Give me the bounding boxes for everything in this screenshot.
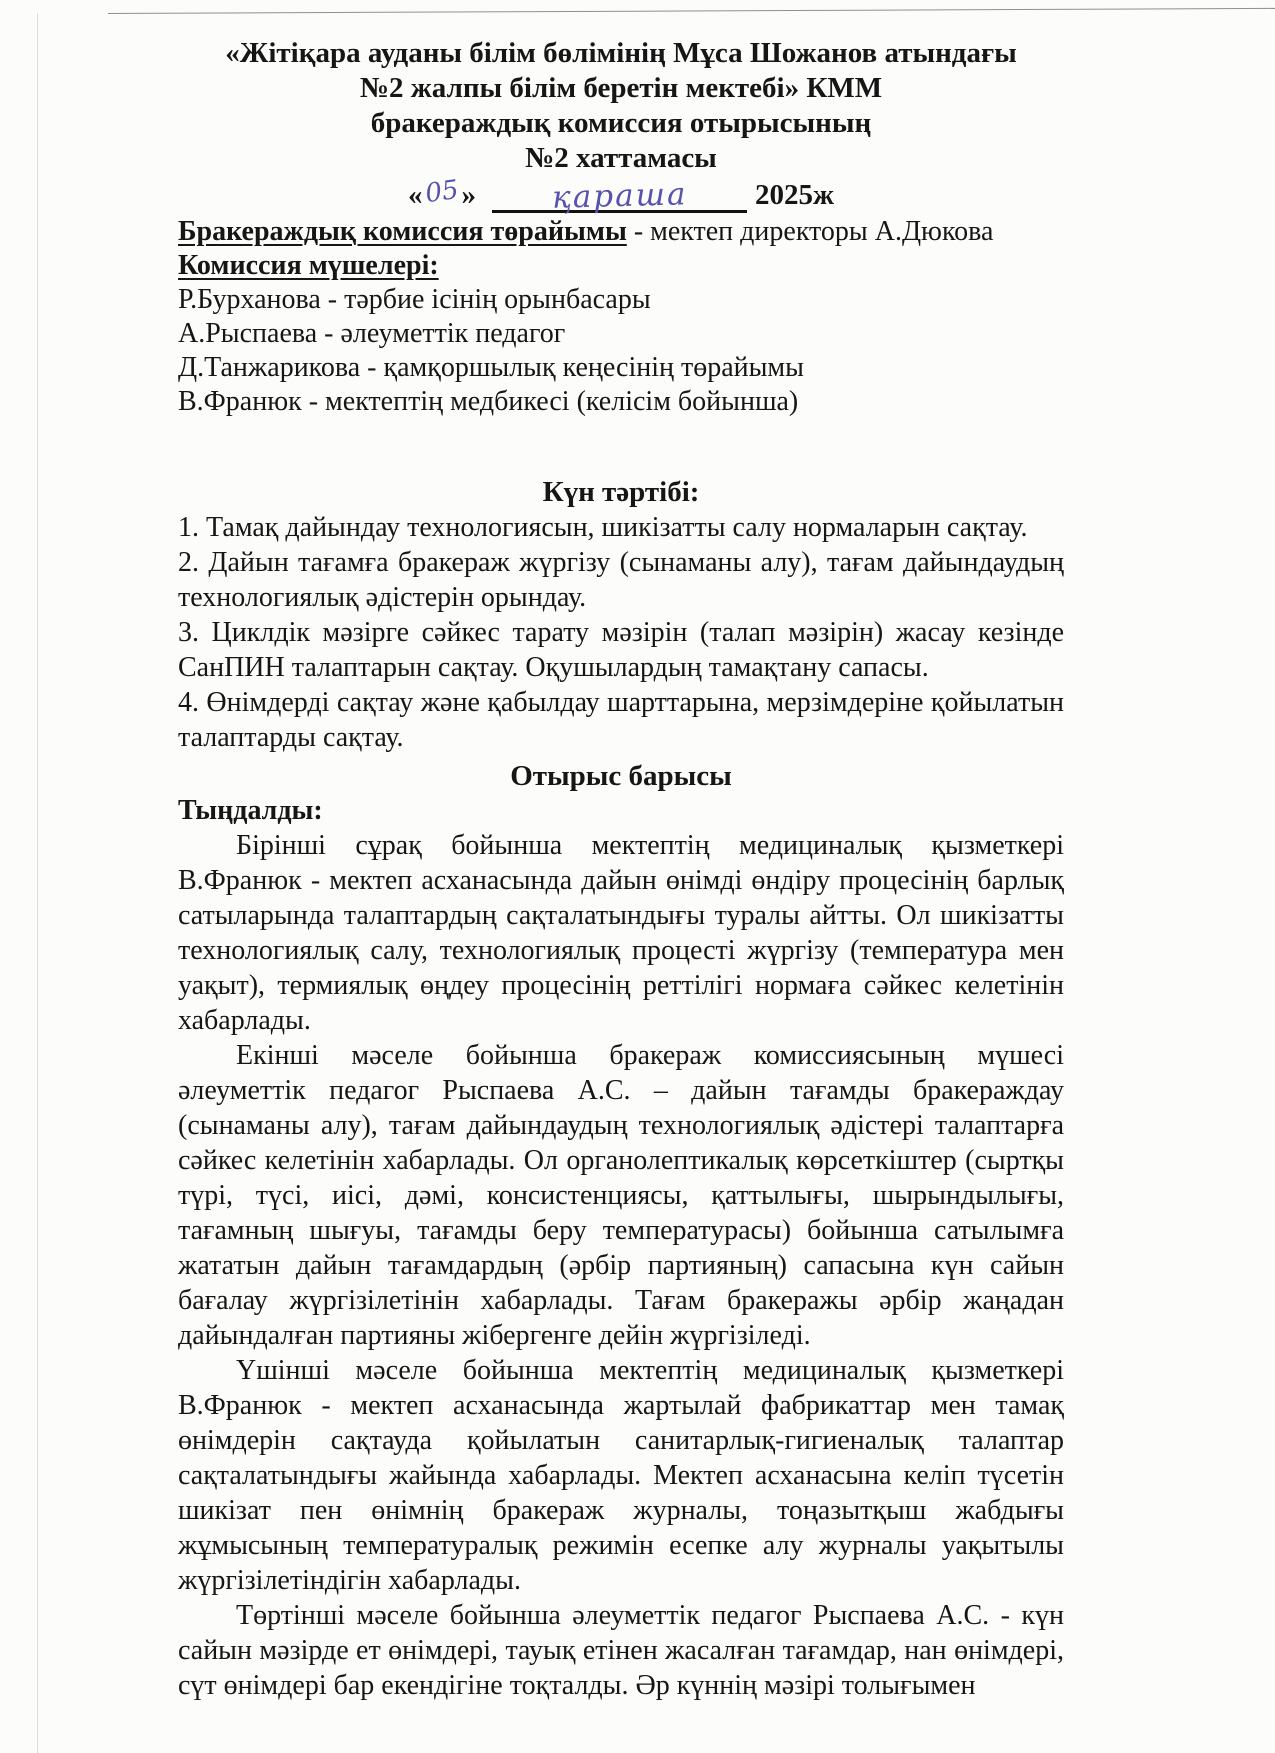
agenda-item-4: 4. Өнімдерді сақтау және қабылдау шартта… [178, 685, 1064, 755]
scanned-protocol-page: «Жітіқара ауданы білім бөлімінің Мұса Шо… [0, 0, 1275, 1753]
proceedings-paragraph-4: Төртінші мәселе бойынша әлеуметтік педаг… [178, 1598, 1064, 1703]
agenda-item-2: 2. Дайын тағамға бракераж жүргізу (сынам… [178, 545, 1064, 615]
commission-member-3: Д.Танжарикова - қамқоршылық кеңесінің тө… [178, 351, 1064, 385]
commission-chair-line: Бракераждық комиссия төрайымы - мектеп д… [178, 215, 1064, 249]
chair-label: Бракераждық комиссия төрайымы [178, 216, 627, 247]
header-line-2: №2 жалпы білім беретін мектебі» КММ [178, 71, 1064, 106]
members-label-line: Комиссия мүшелері: [178, 249, 1064, 283]
members-label: Комиссия мүшелері: [178, 250, 439, 281]
heard-label: Тыңдалды: [178, 794, 1064, 828]
agenda-item-1: 1. Тамақ дайындау технологиясын, шикізат… [178, 510, 1064, 545]
proceedings-paragraph-1: Бірінші сұрақ бойынша мектептің медицина… [178, 828, 1064, 1038]
date-blank-underline: қараша [492, 179, 747, 213]
date-line: «05»қараша2025ж [178, 176, 1064, 215]
handwritten-month: қараша [552, 179, 688, 213]
commission-member-1: Р.Бурханова - тәрбие ісінің орынбасары [178, 283, 1064, 317]
proceedings-paragraph-2: Екінші мәселе бойынша бракераж комиссияс… [178, 1038, 1064, 1353]
proceedings-title: Отырыс барысы [178, 759, 1064, 794]
handwritten-day: 05 [423, 171, 461, 213]
commission-member-4: В.Франюк - мектептің медбикесі (келісім … [178, 385, 1064, 419]
chair-value: - мектеп директоры А.Дюкова [627, 216, 994, 247]
year-label: 2025ж [755, 179, 834, 211]
close-quote: » [462, 179, 479, 211]
header-line-3: бракераждық комиссия отырысының [178, 106, 1064, 141]
document-content: «Жітіқара ауданы білім бөлімінің Мұса Шо… [178, 36, 1064, 1703]
header-line-4: №2 хаттамасы [178, 141, 1064, 176]
scan-artifact-top-line [108, 8, 1275, 14]
open-quote: « [408, 179, 425, 211]
document-header: «Жітіқара ауданы білім бөлімінің Мұса Шо… [178, 36, 1064, 176]
proceedings-paragraph-3: Үшінші мәселе бойынша мектептің медицина… [178, 1353, 1064, 1598]
commission-member-2: А.Рыспаева - әлеуметтік педагог [178, 317, 1064, 351]
header-line-1: «Жітіқара ауданы білім бөлімінің Мұса Шо… [178, 36, 1064, 71]
agenda-item-3: 3. Циклдік мәзірге сәйкес тарату мәзірін… [178, 615, 1064, 685]
scan-artifact-left-line [37, 13, 38, 1753]
agenda-title: Күн тәртібі: [178, 475, 1064, 510]
